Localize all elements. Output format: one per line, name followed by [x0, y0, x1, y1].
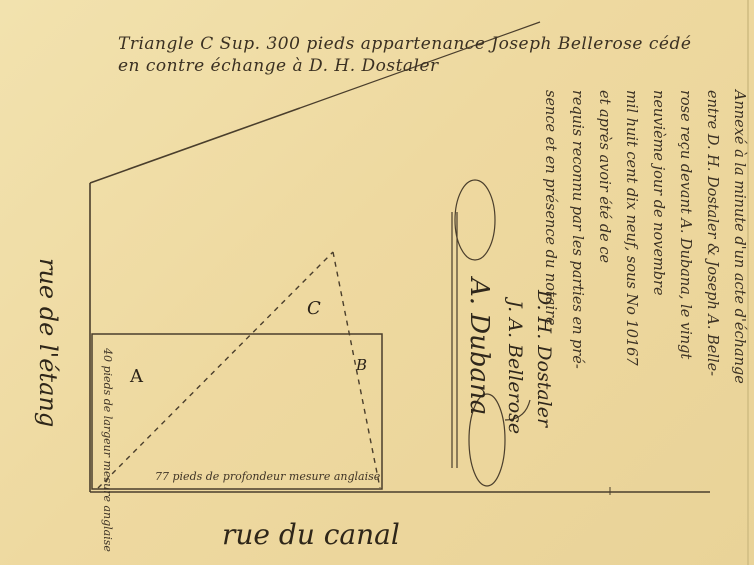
side-note-line: requis reconnu par les parties en pré-: [563, 90, 590, 384]
signature-notary: A. Dubana: [464, 278, 494, 415]
lot-a-b-rectangle: [92, 334, 382, 489]
street-label-left: rue de l'étang: [34, 258, 62, 427]
lot-label-c: C: [307, 298, 321, 319]
lot-label-a: A: [130, 366, 143, 387]
side-note-line: rose reçu devant A. Dubana, le vingt: [671, 90, 698, 384]
side-note-line: entre D. H. Dostaler & Joseph A. Belle-: [698, 90, 725, 384]
side-note-line: et après avoir été de ce: [590, 90, 617, 384]
signature-bellerose: J. A. Bellerose: [504, 300, 526, 434]
side-note-line: mil huit cent dix neuf, sous No 10167: [617, 90, 644, 384]
street-label-bottom: rue du canal: [222, 518, 400, 551]
side-note: Annexé à la minute d'un acte d'échange e…: [536, 90, 752, 384]
header-line-2: en contre échange à D. H. Dostaler: [118, 56, 439, 76]
side-note-line: neuvième jour de novembre: [644, 90, 671, 384]
header-line-1: Triangle C Sup. 300 pieds appartenance J…: [118, 34, 691, 54]
side-note-line: sence et en présence du notaire: [536, 90, 563, 384]
width-dimension-note: 77 pieds de profondeur mesure anglaise: [155, 470, 380, 483]
lot-label-b: B: [356, 356, 367, 374]
side-note-line: Annexé à la minute d'un acte d'échange: [725, 90, 752, 384]
height-dimension-note: 40 pieds de largeur mesure anglaise: [101, 348, 114, 552]
